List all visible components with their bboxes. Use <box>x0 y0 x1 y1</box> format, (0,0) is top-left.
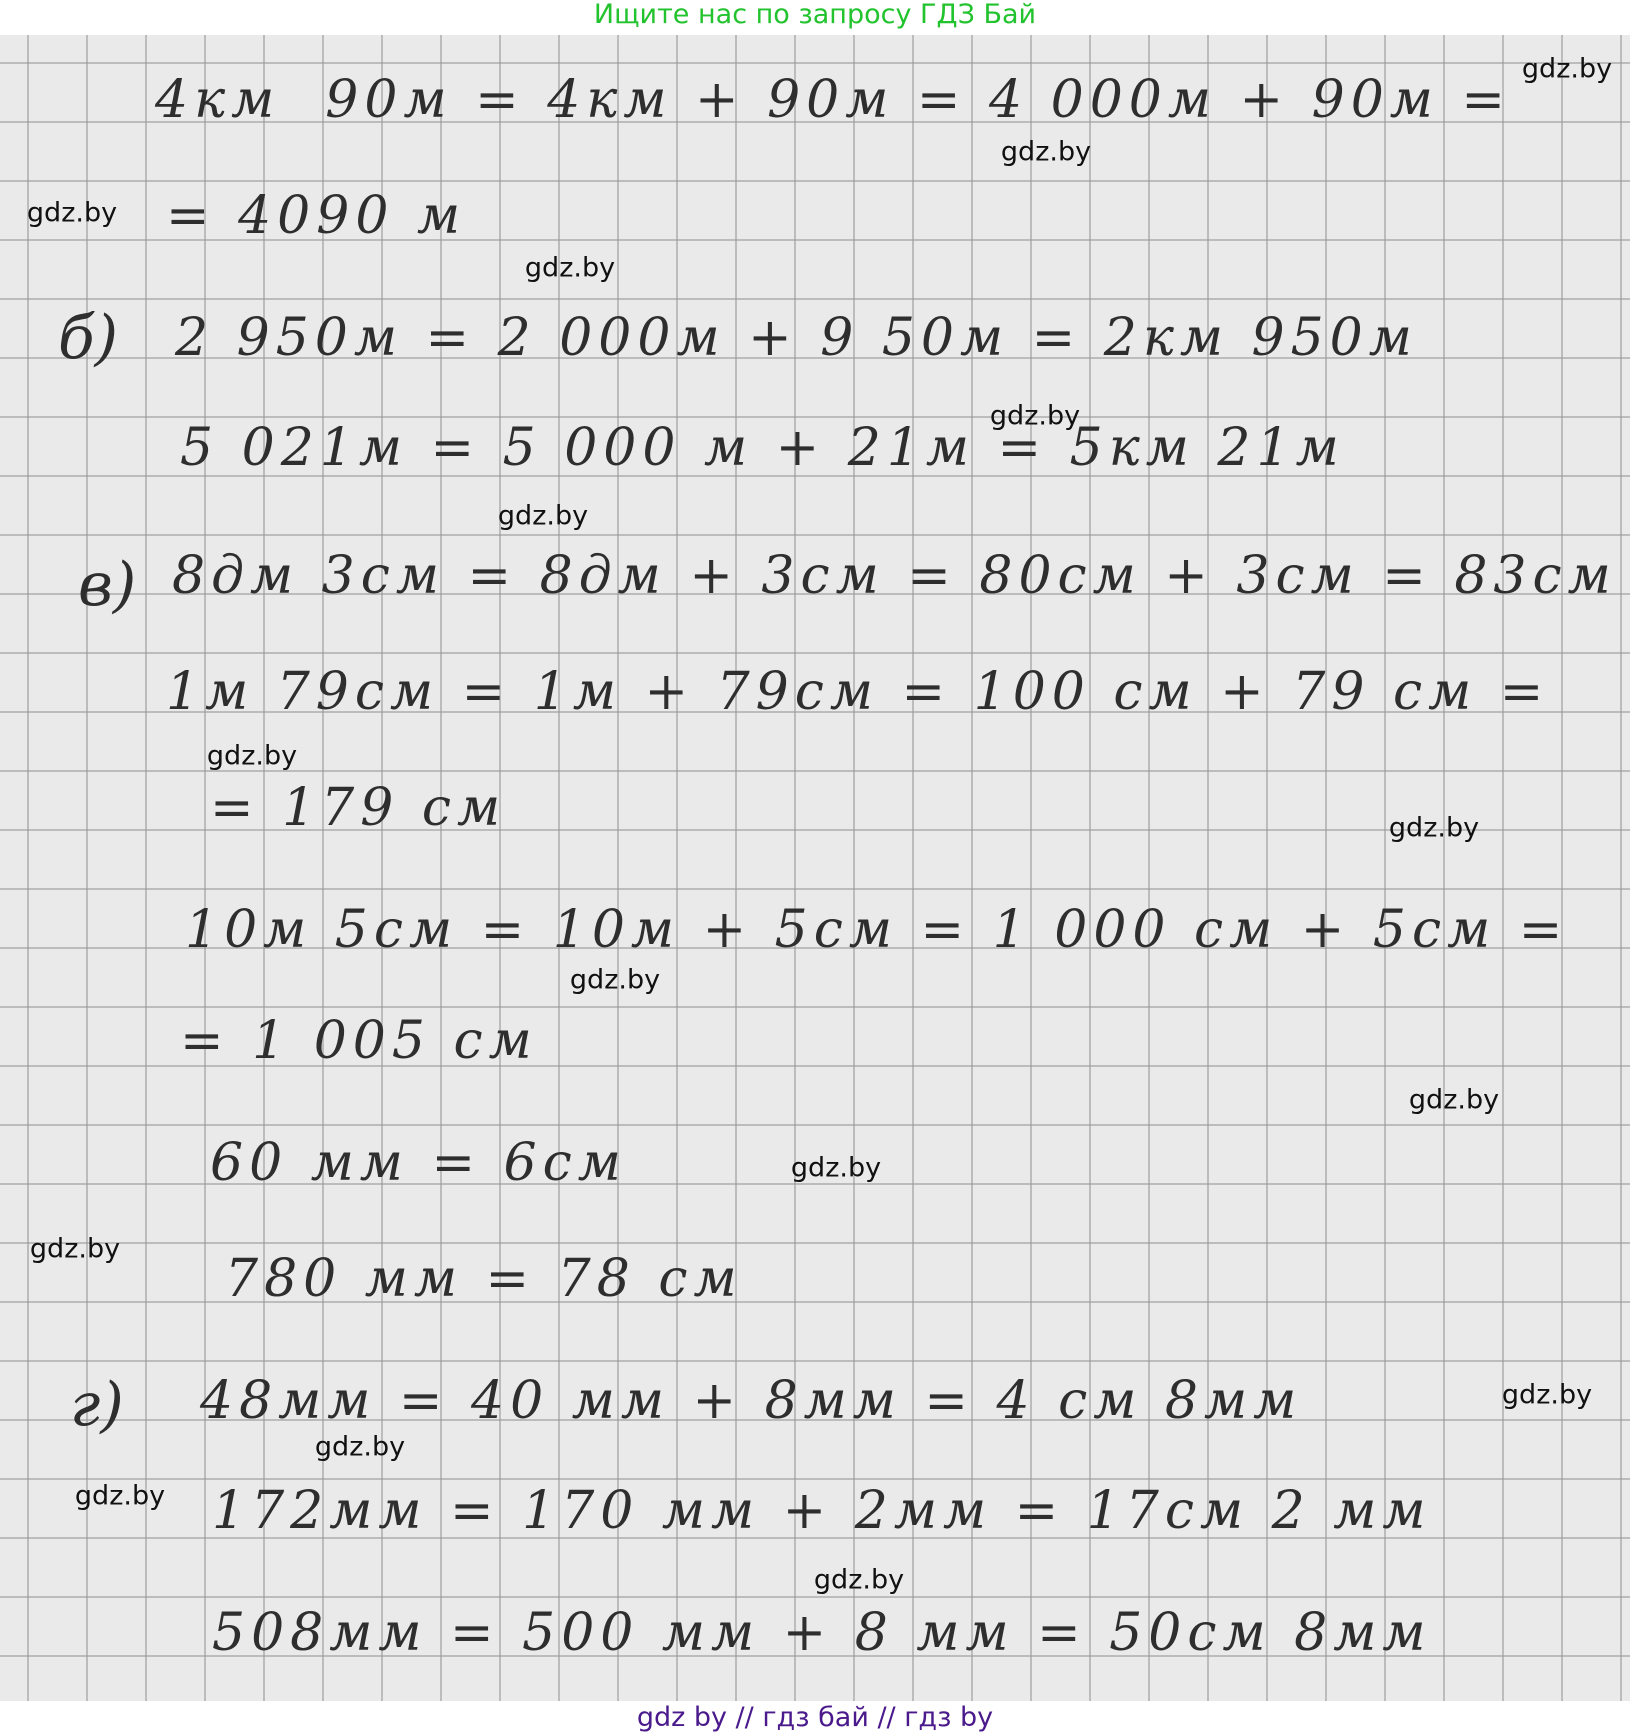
watermark: gdz.by <box>27 198 117 229</box>
footer-links: gdz by // гдз бай // гдз by <box>0 1701 1630 1736</box>
search-banner: Ищите нас по запросу ГДЗ Бай <box>0 0 1630 35</box>
watermark: gdz.by <box>1001 137 1091 168</box>
section-label-g: г) <box>70 1370 124 1440</box>
handwritten-line: 5 021м = 5 000 м + 21м = 5км 21м <box>180 418 1345 478</box>
watermark: gdz.by <box>570 965 660 996</box>
section-label-v: в) <box>78 550 136 620</box>
handwritten-line: 60 мм = 6см <box>210 1133 627 1193</box>
watermark: gdz.by <box>814 1565 904 1596</box>
handwritten-line: 172мм = 170 мм + 2мм = 17см 2 мм <box>212 1481 1431 1541</box>
watermark: gdz.by <box>1409 1085 1499 1116</box>
handwritten-line: = 179 см <box>210 778 506 838</box>
watermark: gdz.by <box>75 1481 165 1512</box>
handwritten-line: = 1 005 см <box>180 1011 538 1071</box>
watermark: gdz.by <box>498 501 588 532</box>
handwritten-line: 508мм = 500 мм + 8 мм = 50см 8мм <box>212 1603 1431 1663</box>
handwritten-line: 1м 79см = 1м + 79см = 100 см + 79 см = <box>166 662 1549 722</box>
watermark: gdz.by <box>1522 54 1612 85</box>
watermark: gdz.by <box>207 741 297 772</box>
handwritten-line: 4км 90м = 4км + 90м = 4 000м + 90м = <box>155 70 1511 130</box>
notebook-page <box>0 35 1630 1701</box>
watermark: gdz.by <box>315 1432 405 1463</box>
handwritten-line: = 4090 м <box>166 186 466 246</box>
handwritten-line: 48мм = 40 мм + 8мм = 4 см 8мм <box>200 1371 1302 1431</box>
watermark: gdz.by <box>1502 1380 1592 1411</box>
watermark: gdz.by <box>525 253 615 284</box>
watermark: gdz.by <box>30 1234 120 1265</box>
handwritten-line: 2 950м = 2 000м + 9 50м = 2км 950м <box>175 308 1418 368</box>
handwritten-line: 10м 5см = 10м + 5см = 1 000 см + 5см = <box>185 900 1568 960</box>
watermark: gdz.by <box>791 1153 881 1184</box>
handwritten-line: 780 мм = 78 см <box>225 1249 743 1309</box>
watermark: gdz.by <box>1389 813 1479 844</box>
watermark: gdz.by <box>990 401 1080 432</box>
section-label-b: б) <box>58 303 118 373</box>
handwritten-line: 8дм 3см = 8дм + 3см = 80см + 3см = 83см <box>172 546 1617 606</box>
